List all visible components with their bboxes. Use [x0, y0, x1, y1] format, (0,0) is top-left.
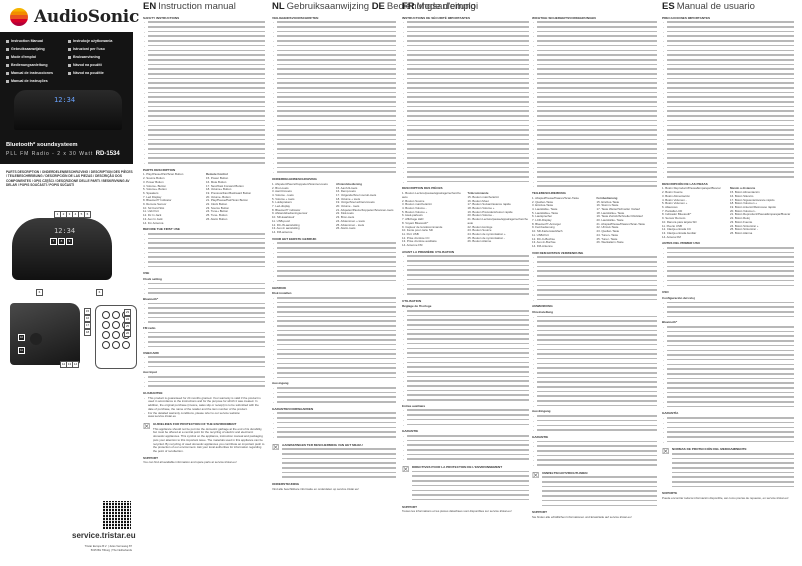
diagram-label: 24 [124, 316, 131, 323]
section-heading: VEILIGHEIDSVOORSCHRIFTEN [272, 17, 396, 21]
manual-language-item: Instruction Manual [6, 38, 68, 45]
diagram-label: 15 [84, 308, 91, 315]
environment-section: ☒ DIRECTIVES POUR LA PROTECTION DE L'ENV… [402, 466, 529, 503]
en-title: ENInstruction manual [143, 5, 265, 9]
subsection-heading: Uhreinstellung [532, 311, 657, 315]
environment-section: ☒ AANWIJZINGEN TER BESCHERMING VAN HET M… [272, 444, 396, 481]
parts-list: 1. Bouton Lecture/pause/appairage/recher… [402, 192, 529, 248]
support-text: Sie finden alle erhältlichen Information… [532, 516, 657, 520]
support-text: You can find all available information a… [143, 461, 265, 465]
manual-language-item: Bruksanvisning [68, 54, 132, 61]
address-line: 5015 BH Tilburg | The Netherlands [70, 549, 132, 553]
diagram-label: 25 [124, 323, 131, 330]
es-column: ESManual de usuario PRECAUCIONES IMPORTA… [662, 0, 794, 501]
manual-language-item: Manual de instruções [6, 78, 68, 85]
section-heading: ANWENDUNG [532, 305, 657, 309]
part-item: 14. Antena FM [662, 236, 726, 240]
section-heading: GARANTIE [402, 430, 529, 434]
manual-title: Gebruiksaanwijzing [287, 1, 369, 12]
guarantee-text: For the detailed warranty conditions, pl… [148, 412, 265, 419]
environment-section: ☒ GUIDELINES FOR PROTECTION OF THE ENVIR… [143, 423, 265, 454]
nl-column: NLGebruiksaanwijzing DEBedienungsanleitu… [272, 0, 396, 492]
environment-text: This appliance should not be put into th… [153, 428, 265, 454]
subsection-heading: Bluetooth* [662, 321, 794, 325]
support-text: Puede encontrar toda la información disp… [662, 497, 794, 501]
brand-logo: AudioSonic [10, 6, 139, 28]
section-heading: INSTRUCTIONS DE SÉCURITÉ IMPORTANTES [402, 17, 529, 21]
es-title: ESManual de usuario [662, 5, 794, 9]
section-heading: SAFETY INSTRUCTIONS [143, 17, 265, 21]
subsection-heading: Configuración del reloj [662, 297, 794, 301]
diagram-label: 14 [72, 361, 79, 368]
diagram-display: 12:34 [54, 227, 75, 235]
language-code: EN [143, 1, 156, 12]
safety-list [143, 21, 265, 165]
part-item: 14. FM-Antenne [532, 245, 593, 249]
section-heading: USE [143, 272, 265, 276]
section-heading: PRECAUCIONES IMPORTANTES [662, 17, 794, 21]
diagram-label: 6 [96, 289, 103, 296]
manual-title: Manual de usuario [677, 1, 755, 12]
manual-language-list: Instruction Manual Instrukcje użytkowani… [6, 38, 134, 85]
remote-item: 26. Weckalarm-Taste [597, 241, 658, 245]
section-heading: GARANTIE [532, 436, 657, 440]
crossed-bin-icon: ☒ [143, 423, 151, 432]
brand-name: AudioSonic [34, 7, 139, 27]
part-item: 14. Fm Antenna [143, 222, 202, 226]
parts-caption: PARTS DESCRIPTION / ONDERDELENBESCHRIJVI… [6, 170, 134, 187]
diagram-label: 11 [18, 347, 25, 354]
crossed-bin-icon: ☒ [532, 472, 540, 481]
language-code: ES [662, 1, 675, 12]
service-website-link[interactable]: service.tristar.eu [72, 531, 136, 540]
manual-title: Mode d'emploi [417, 1, 479, 12]
environment-section: ☒ NORMAS DE PROTECCIÓN DEL MEDIOAMBIENTE [662, 448, 794, 489]
model-number: RD-1534 [96, 151, 120, 157]
crossed-bin-icon: ☒ [662, 448, 670, 457]
remote-item: 26. Botón Alarma [730, 232, 794, 236]
section-heading: VOR DEM ERSTEN VERWENDUNG [532, 252, 657, 256]
section-heading: DIRECTIVES POUR LA PROTECTION DE L'ENVIR… [412, 466, 529, 470]
diagram-label: 23 [124, 309, 131, 316]
guarantee-text: This product is guaranteed for 24 months… [148, 397, 265, 412]
section-heading: UTILISATION [402, 300, 529, 304]
remote-item: 26. Alarm-toets [336, 227, 396, 231]
section-heading: NORMAS DE PROTECCIÓN DEL MEDIOAMBIENTE [672, 448, 794, 452]
subsection-heading: Clock setting [143, 278, 265, 282]
product-display: 12:34 [54, 96, 75, 104]
crossed-bin-icon: ☒ [272, 444, 280, 453]
section-heading: GARANTÍA [662, 412, 794, 416]
crossed-bin-icon: ☒ [402, 466, 410, 475]
manual-language-item: Bedienungsanleitung [6, 62, 68, 69]
subsection-heading: FM radio [143, 327, 265, 331]
manual-language-item: Mode d'emploi [6, 54, 68, 61]
diagram-label: 17 [84, 322, 91, 329]
parts-list: 1. Abspiel/Pause/Paaren/Scan-Taste 2. Qu… [532, 197, 657, 249]
section-heading: WICHTIGE SICHERHEITSVORKEHRUNGEN [532, 17, 657, 21]
product-photo: 12:34 [14, 90, 122, 130]
diagram-label: 8 [58, 238, 65, 245]
section-heading: GARANTIEVOORWAARDEN [272, 408, 396, 412]
remote-item: 26. Bouton Alarme [468, 240, 530, 244]
section-heading: GEBRUIK [272, 287, 396, 291]
diagram-label: 26 [124, 330, 131, 337]
nl-title: NLGebruiksaanwijzing DEBedienungsanleitu… [272, 5, 396, 9]
section-heading: BEFORE THE FIRST USE [143, 228, 265, 232]
qr-code[interactable] [103, 501, 131, 529]
diagram-label: 10 [18, 334, 25, 341]
parts-list: 1. Botón Reproducir/Pausa/Emparejar/Busc… [662, 187, 794, 239]
fr-column: FRMode d'emploi INSTRUCTIONS DE SÉCURITÉ… [402, 0, 529, 514]
manual-language-item: Manual de instrucciones [6, 70, 68, 77]
diagram-label: 16 [84, 315, 91, 322]
remote-item: 26. Alarm Button [206, 218, 265, 222]
subsection-heading: Aux Input [143, 371, 265, 375]
language-code: NL [272, 1, 285, 12]
support-text: Toutes les informations et les pièces dé… [402, 510, 529, 514]
language-code: DE [372, 1, 385, 12]
manual-language-item: Gebruiksaanwijzing [6, 46, 68, 53]
manual-title: Instruction manual [158, 1, 236, 12]
front-view-diagram: 12:34 7 8 9 [12, 218, 112, 280]
product-title: Bluetooth* soundsysteem [6, 142, 78, 148]
subsection-heading: Bluetooth* [143, 298, 265, 302]
environment-section: ☒ UMWELTSCHUTZRICHTLINIEN [532, 472, 657, 509]
section-heading: AVANT LA PREMIÈRE UTILISATION [402, 251, 529, 255]
parts-list: 1. Play/Pause/Pair/Scan Button 2. Source… [143, 173, 265, 225]
subsection-heading: USB/CARD [143, 352, 265, 356]
audiosonic-logo-icon [10, 8, 28, 26]
diagram-label: 6 [36, 289, 43, 296]
section-heading: USO [662, 291, 794, 295]
company-address: Tristar Europe B.V. | Jules Verneweg 87 … [70, 545, 132, 552]
parts-list: 1. Afspelen/Pauze/Koppelen/Scannen-toets… [272, 183, 396, 235]
diagram-label: 6 [84, 211, 91, 218]
language-code: FR [402, 1, 415, 12]
fr-title: FRMode d'emploi [402, 5, 529, 9]
de-column: WICHTIGE SICHERHEITSVORKEHRUNGEN TEILEBE… [532, 0, 657, 520]
subsection-heading: Réglage de l'horloge [402, 305, 529, 309]
section-heading: AANWIJZINGEN TER BESCHERMING VAN HET MIL… [282, 444, 396, 448]
support-text: Vind alle beschikbare informatie en onde… [272, 488, 396, 492]
subsection-heading: Aux-Eingang [532, 410, 657, 414]
diagram-label: 7 [50, 238, 57, 245]
manual-language-item: Návod na použitie [68, 70, 132, 77]
manual-language-item: Návod na použití [68, 62, 132, 69]
part-item: 14. Antenne FM [402, 244, 464, 248]
subsection-heading: Aux-ingang [272, 382, 396, 386]
part-item: 14. FM-antenne [272, 231, 332, 235]
diagram-label: 9 [66, 238, 73, 245]
en-column: ENInstruction manual SAFETY INSTRUCTIONS… [143, 0, 265, 465]
product-subtitle: PLL FM Radio - 2 x 30 Watt RD-1534 [6, 151, 120, 157]
product-spec: PLL FM Radio - 2 x 30 Watt [6, 151, 93, 157]
subsection-heading: Klok instellen [272, 292, 396, 296]
manual-language-item: Istruzioni per l'uso [68, 46, 132, 53]
manual-language-item: Instrukcje użytkowania [68, 38, 132, 45]
bass-port [30, 333, 42, 345]
diagram-label: 18 [84, 329, 91, 336]
section-heading: UMWELTSCHUTZRICHTLINIEN [542, 472, 657, 476]
subsection-heading: Entrée auxiliaire [402, 405, 529, 409]
section-heading: VOOR HET EERSTE GEBRUIK [272, 238, 396, 242]
section-heading: ANTES DEL PRIMER USO [662, 242, 794, 246]
